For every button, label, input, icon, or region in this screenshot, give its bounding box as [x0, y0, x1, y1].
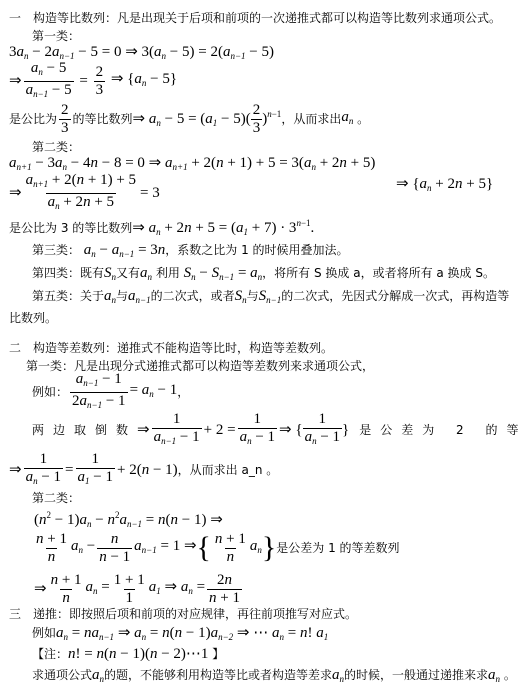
type3-text: ，系数之比为 1 的时候用叠加法。	[165, 243, 348, 257]
conclusion-suffix: ，从而求出	[281, 111, 341, 127]
result-text: ，从而求出 a_n 。	[178, 462, 279, 478]
section1-type4: 第四类：既有Sn又有an 利用 Sn − Sn−1 = an，将所有 S 换成 …	[32, 265, 495, 285]
section3-example: 例如an = nan−1 ⇒ an = n(n − 1)an−2 ⇒ ⋯ an …	[32, 625, 328, 645]
section1-type1-eq2: ⇒ an − 5an−1 − 5 = 23 ⇒ {an − 5}	[9, 63, 177, 99]
section2-type2-eq2: n + 1n an − nn − 1 an−1 = 1 ⇒ {n + 1nan}…	[32, 528, 400, 568]
step-text: 是公差为 2 的等差数列	[359, 422, 522, 438]
example-label: 例如：	[32, 384, 68, 400]
conclusion-prefix: 是公比为	[9, 111, 57, 127]
conclusion-prefix: 是公比为 3 的等比数列	[9, 221, 132, 235]
section2-type2-eq3: ⇒ n + 1n an = 1 + 11 a1 ⇒ an = 2nn + 1	[34, 570, 244, 608]
conclusion-mid: 的等比数列	[73, 111, 133, 127]
section3-note: 【注：n! = n(n − 1)(n − 2)⋯1 】	[32, 646, 224, 662]
section1-type3: 第三类： an − an−1 = 3n，系数之比为 1 的时候用叠加法。	[32, 242, 349, 262]
section2-result: ⇒ 1an − 1 = 1a1 − 1 + 2(n − 1) ，从而求出 a_n…	[9, 452, 278, 488]
section1-type5-line2: 比数列。	[9, 310, 57, 326]
section1-type2-side: ⇒ {an + 2n + 5}	[396, 176, 493, 196]
section2-heading: 二 构造等差数列：递推式不能构造等比时，构造等差数列。	[9, 340, 333, 356]
section3-heading: 三 递推：即按照后项和前项的对应规律，再往前项推写对应式。	[9, 606, 357, 622]
type4-t3: 利用	[156, 266, 180, 280]
type3-label: 第三类：	[32, 243, 80, 257]
section1-heading: 一 构造等比数列：凡是出现关于后项和前项的一次递推式都可以构造等比数列求通项公式…	[9, 10, 501, 26]
type4-t1: 既有	[80, 266, 104, 280]
section2-example: 例如： an−1 − 12an−1 − 1 = an − 1，	[32, 374, 189, 410]
section1-type2-conclusion: 是公比为 3 的等比数列⇒ an + 2n + 5 = (a1 + 7) · 3…	[9, 215, 314, 240]
section3-summary: 求通项公式an的题，不能够利用构造等比或者构造等差求an的时候，一般通过递推来求…	[32, 667, 516, 687]
section2-step: 两边取倒数 ⇒ 1an−1 − 1 + 2 = 1an − 1 ⇒ {1an −…	[32, 412, 522, 448]
type5-label: 第五类：	[32, 289, 80, 303]
section1-type5-line1: 第五类：关于an与an−1的二次式，或者Sn与Sn−1的二次式，先因式分解成一次…	[32, 288, 509, 308]
section2-type2-label: 第二类：	[32, 490, 80, 506]
section1-type2-eq2: ⇒ an+1 + 2(n + 1) + 5an + 2n + 5 = 3	[9, 175, 160, 211]
section1-type1-conclusion: 是公比为 23 的等比数列 ⇒ an − 5 = (a1 − 5)(23)n−1…	[9, 101, 369, 137]
type4-label: 第四类：	[32, 266, 80, 280]
section1-type1-label: 第一类：	[32, 28, 80, 44]
eq2-text: 是公差为 1 的等差数列	[276, 540, 399, 556]
step-label: 两边取倒数	[32, 422, 137, 438]
type4-t4: ，将所有 S 换成 a，或者将所有 a 换成 S。	[262, 266, 495, 280]
section1-type2-label: 第二类：	[32, 139, 80, 155]
type4-t2: 又有	[116, 266, 140, 280]
